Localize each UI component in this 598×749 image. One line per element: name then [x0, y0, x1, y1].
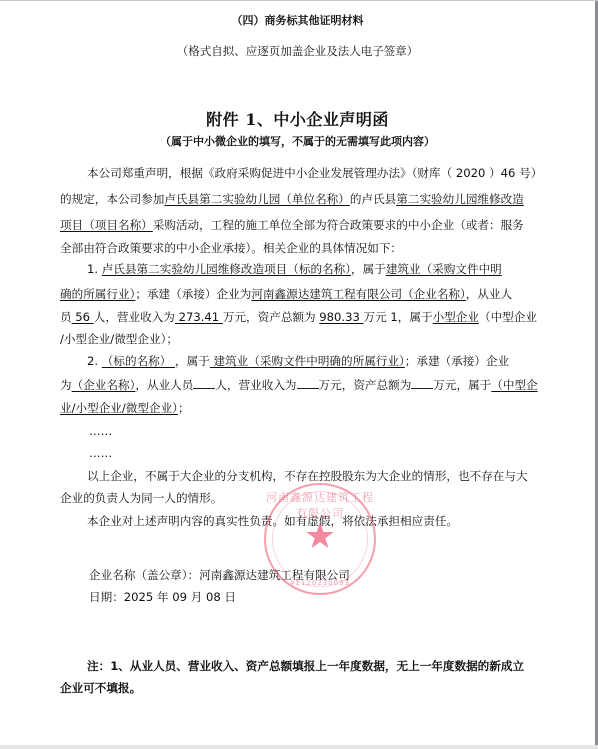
item1-industry: 建筑业（采购文件中明	[386, 262, 502, 276]
item2-size-options: （中型企	[491, 378, 537, 392]
item1-text: 人，营业收入为	[94, 310, 175, 324]
item2-revenue-blank	[297, 378, 319, 389]
item1-text: 万元，资产总额为	[223, 310, 319, 324]
item2-text: 万元，资产总额为	[319, 378, 412, 392]
item1-line-3: 员 56 人，营业收入为 273.41 万元，资产总额为 980.33 万元 1…	[60, 310, 537, 324]
item2-text: ；	[178, 401, 190, 415]
item2-text: 为	[60, 378, 72, 392]
note-line-1: 注：1、从业人员、营业收入、资产总额填报上一年度数据，无上一年度数据的新成立	[87, 659, 524, 673]
item1-text: ；	[166, 332, 178, 346]
item1-company: 河南鑫源达建筑工程有限公司（企业名称）	[251, 287, 465, 301]
item1-assets: 980.33	[319, 310, 363, 324]
page-bottom-border	[0, 745, 598, 749]
ellipsis-1: ……	[89, 424, 112, 438]
item1-project: 卢氏县第二实验幼儿园维修改造项目（标的名称）	[102, 262, 351, 276]
section-title: （四）商务标其他证明材料	[0, 12, 595, 28]
item1-text: 万元 1，属于	[364, 310, 433, 324]
item1-size: 小型企业	[433, 310, 479, 324]
statement-1-line-2: 企业的负责人为同一人的情形。	[60, 491, 222, 505]
item2-assets-blank	[411, 378, 433, 389]
item2-employees-blank	[193, 378, 215, 389]
section-subtitle: （格式自拟、应逐页加盖企业及法人电子签章）	[0, 43, 595, 59]
item2-line-1: 2. （标的名称） ，属于 建筑业（采购文件中明确的所属行业）；承建（承接）企业	[87, 354, 509, 368]
item2-text: ，属于	[175, 354, 210, 368]
unit-name: 卢氏县第二实验幼儿园（单位名称）	[164, 192, 350, 206]
item1-text: 员	[60, 310, 72, 324]
statement-1-line-1: 以上企业，不属于大企业的分支机构，不存在控股股东为大企业的情形，也不存在与大	[87, 469, 528, 483]
item1-line-4: /小型企业/微型企业）；	[60, 332, 178, 346]
item1-text: ，属于	[351, 262, 386, 276]
item2-number: 2.	[87, 354, 98, 368]
item2-text: 人，营业收入为	[215, 378, 296, 392]
signature-company: 企业名称（盖公章）：河南鑫源达建筑工程有限公司	[89, 568, 350, 582]
note-line-2: 企业可不填报。	[60, 681, 141, 695]
item2-text: ，从业人员	[135, 378, 193, 392]
item1-line-2: 确的所属行业）；承建（承接）企业为河南鑫源达建筑工程有限公司（企业名称），从业人	[60, 287, 512, 301]
signature-date: 日期：2025 年 09 月 08 日	[89, 590, 236, 604]
intro-text: 采购活动，工程的施工单位全部为符合政策要求的中小企业（或者：服务	[153, 218, 524, 232]
intro-line-3: 项目（项目名称）采购活动，工程的施工单位全部为符合政策要求的中小企业（或者：服务	[60, 218, 524, 232]
item1-number: 1.	[87, 262, 98, 276]
item1-revenue: 273.41	[175, 310, 223, 324]
item1-text: /小型企业/微型企业）	[60, 332, 166, 346]
item2-project: （标的名称）	[102, 354, 175, 368]
declaration-subtitle: （属于中小微企业的填写，不属于的无需填写此项内容）	[0, 133, 595, 149]
item2-text: 万元，属于	[433, 378, 491, 392]
item2-industry: 建筑业（采购文件中明确的所属行业）	[210, 354, 405, 368]
intro-line-2: 的规定，本公司参加卢氏县第二实验幼儿园（单位名称）的卢氏县第二实验幼儿园维修改造	[60, 192, 524, 206]
intro-line-4: 全部由符合政策要求的中小企业承接）。相关企业的具体情况如下：	[60, 241, 402, 255]
item1-industry-cont: 确的所属行业）	[60, 287, 135, 301]
intro-text: 的规定，本公司参加	[60, 192, 164, 206]
item2-line-3: 业/小型企业/微型企业）；	[60, 401, 190, 415]
item2-size-options-cont: 业/小型企业/微型企业）	[60, 401, 178, 415]
item2-text: ；承建（承接）企业	[405, 354, 509, 368]
item1-text: ，从业人	[466, 287, 512, 301]
project-name: 第二实验幼儿园维修改造	[396, 192, 524, 206]
item2-company: （企业名称）	[72, 378, 136, 392]
item2-line-2: 为（企业名称），从业人员人，营业收入为万元，资产总额为万元，属于（中型企	[60, 378, 538, 392]
ellipsis-2: ……	[89, 446, 112, 460]
project-name-label: 项目（项目名称）	[60, 218, 153, 232]
item1-line-1: 1. 卢氏县第二实验幼儿园维修改造项目（标的名称），属于建筑业（采购文件中明	[87, 262, 502, 276]
declaration-title: 附件 1、中小企业声明函	[0, 107, 595, 130]
signature-company-name: 河南鑫源达建筑工程有限公司	[199, 568, 350, 582]
document-page: （四）商务标其他证明材料 （格式自拟、应逐页加盖企业及法人电子签章） 附件 1、…	[0, 0, 595, 745]
statement-2: 本企业对上述声明内容的真实性负责。如有虚假，将依法承担相应责任。	[87, 514, 458, 528]
item1-text: ；承建（承接）企业为	[135, 287, 251, 301]
signature-company-label: 企业名称（盖公章）：	[89, 568, 199, 582]
item1-text: （中型企业	[479, 310, 537, 324]
intro-line-1: 本公司郑重声明，根据《政府采购促进中小企业发展管理办法》（财库（ 2020 ）4…	[87, 166, 542, 180]
intro-text: 的卢氏县	[350, 192, 396, 206]
item1-employees: 56	[72, 310, 94, 324]
